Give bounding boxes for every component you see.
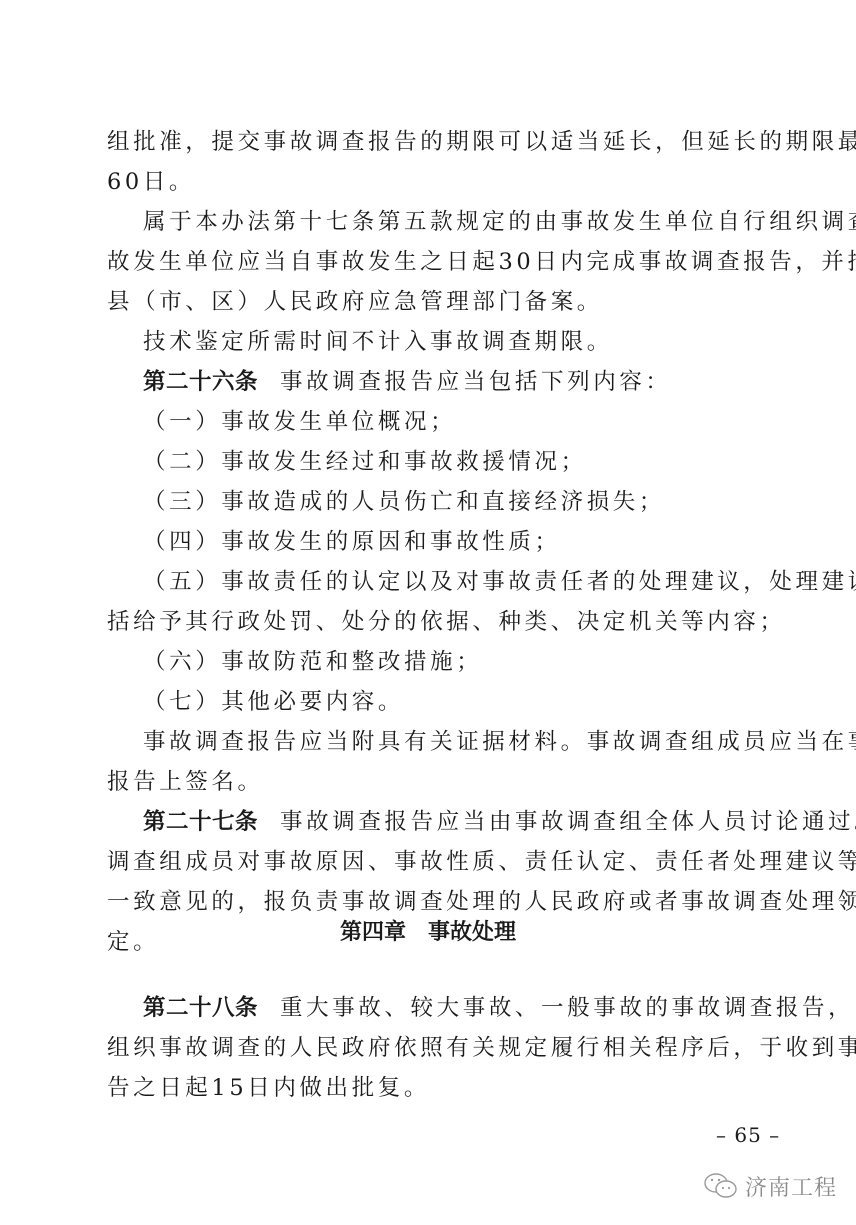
chapter-title: 第四章 事故处理 [0,918,856,948]
paragraph-line: 组批准，提交事故调查报告的期限可以适当延长，但延长的期限最长不超过 [107,127,767,157]
paragraph-line: 故发生单位应当自事故发生之日起30日内完成事故调查报告，并报所在地 [107,247,767,277]
article-28-first-line: 第二十八条重大事故、较大事故、一般事故的事故调查报告，由负责 [143,993,767,1023]
list-item: （一）事故发生单位概况； [143,407,767,437]
list-item: （四）事故发生的原因和事故性质； [143,527,767,557]
wechat-icon [703,1172,739,1200]
paragraph-line: 调查组成员对事故原因、事故性质、责任认定、责任者处理建议等不能取得 [107,847,767,877]
list-item: （七）其他必要内容。 [143,687,767,717]
article-27-first-line: 第二十七条事故调查报告应当由事故调查组全体人员讨论通过。事故 [143,807,767,837]
list-item: （五）事故责任的认定以及对事故责任者的处理建议，处理建议应当包 [143,567,767,597]
paragraph-line: 技术鉴定所需时间不计入事故调查期限。 [143,327,767,357]
article-text: 事故调查报告应当包括下列内容： [280,369,672,395]
paragraph-line: 属于本办法第十七条第五款规定的由事故发生单位自行组织调查的，事 [143,207,767,237]
article-heading: 第二十六条 [143,369,258,395]
paragraph-line: 县（市、区）人民政府应急管理部门备案。 [107,287,767,317]
watermark: 济南工程 [703,1170,837,1202]
paragraph-line: 告之日起15日内做出批复。 [107,1073,767,1103]
paragraph-line: 60日。 [107,167,767,197]
watermark-text: 济南工程 [745,1171,837,1202]
paragraph-line: 事故调查报告应当附具有关证据材料。事故调查组成员应当在事故调查 [143,727,767,757]
article-text: 重大事故、较大事故、一般事故的事故调查报告，由负责 [280,995,856,1021]
article-heading: 第二十八条 [143,995,258,1021]
document-page: 组批准，提交事故调查报告的期限可以适当延长，但延长的期限最长不超过 60日。 属… [0,0,856,1225]
paragraph-line: 报告上签名。 [107,767,767,797]
article-26-intro: 第二十六条事故调查报告应当包括下列内容： [143,367,767,397]
list-item: （二）事故发生经过和事故救援情况； [143,447,767,477]
paragraph-line: 组织事故调查的人民政府依照有关规定履行相关程序后，于收到事故调查报 [107,1033,767,1063]
article-text: 事故调查报告应当由事故调查组全体人员讨论通过。事故 [280,809,856,835]
page-number: – 65 – [716,1122,780,1148]
list-item: （六）事故防范和整改措施； [143,647,767,677]
article-heading: 第二十七条 [143,809,258,835]
paragraph-line: 一致意见的，报负责事故调查处理的人民政府或者事故调查处理领导小组决 [107,887,767,917]
list-item-continuation: 括给予其行政处罚、处分的依据、种类、决定机关等内容； [107,607,767,637]
list-item: （三）事故造成的人员伤亡和直接经济损失； [143,487,767,517]
